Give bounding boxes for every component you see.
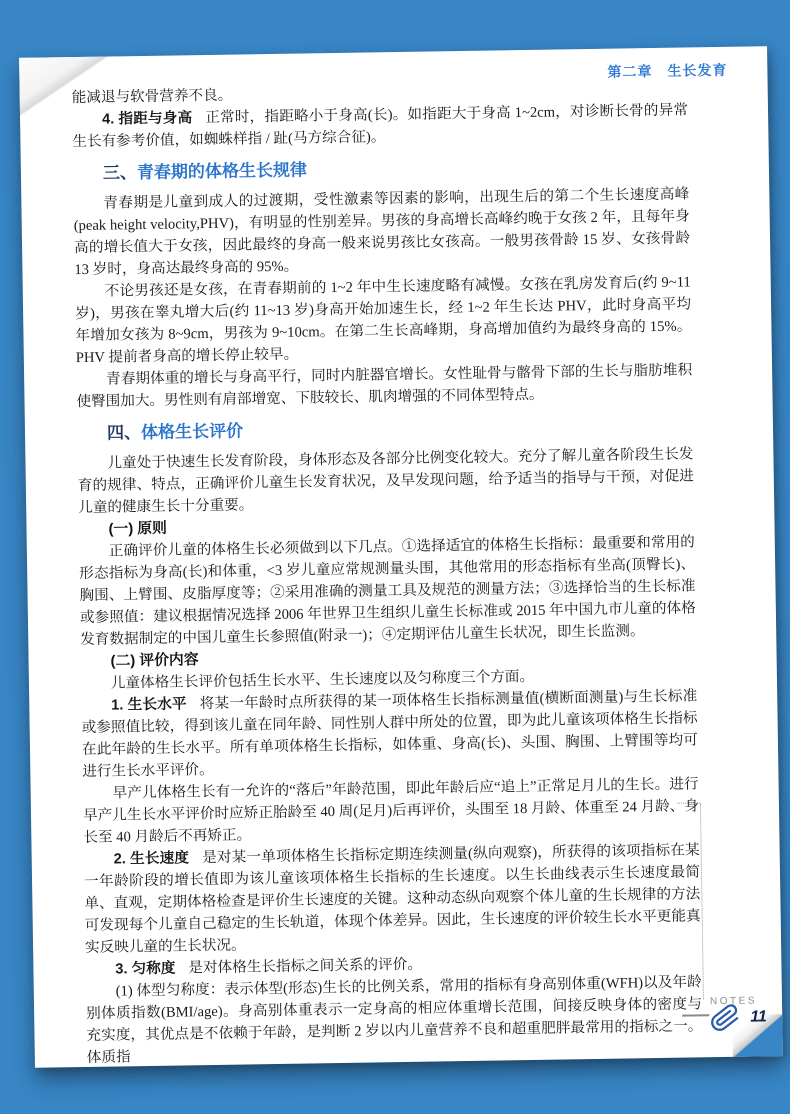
book-page: 第二章 生长发育 能减退与软骨营养不良。 4. 指距与身高正常时，指距略小于身高… bbox=[19, 46, 783, 1068]
paragraph-lead: 3. 匀称度 bbox=[115, 961, 175, 978]
section-title: 青春期的体格生长规律 bbox=[137, 160, 307, 182]
paragraph: 不论男孩还是女孩，在青春期前的 1~2 年中生长速度略有减慢。女孩在乳房发育后(… bbox=[75, 271, 692, 369]
section-heading: 三、青春期的体格生长规律 bbox=[103, 153, 689, 184]
paperclip-icon bbox=[709, 1001, 742, 1034]
paragraph: 青春期是儿童到成人的过渡期，受性激素等因素的影响，出现生后的第二个生长速度高峰(… bbox=[73, 183, 690, 281]
section-heading: 四、体格生长评价 bbox=[107, 413, 693, 444]
paragraph: (1) 体型匀称度：表示体型(形态)生长的比例关系，常用的指标有身高别体重(WF… bbox=[86, 971, 703, 1069]
paragraph: 儿童处于快速生长发育阶段，身体形态及各部分比例变化较大。充分了解儿童各阶段生长发… bbox=[77, 443, 694, 519]
section-number: 四、 bbox=[107, 423, 141, 443]
section-title: 体格生长评价 bbox=[141, 421, 243, 442]
paragraph-lead: 4. 指距与身高 bbox=[102, 110, 193, 127]
paragraph: 2. 生长速度是对某一单项体格生长指标定期连续测量(纵向观察)，所获得的该项指标… bbox=[84, 839, 702, 959]
notes-underline bbox=[682, 1014, 709, 1016]
paragraph: 4. 指距与身高正常时，指距略小于身高(长)。如指距大于身高 1~2cm，对诊断… bbox=[72, 99, 689, 153]
paragraph: 早产儿体格生长有一允许的“落后”年龄范围，即此年龄后应“追上”正常足月儿的生长。… bbox=[83, 773, 700, 849]
book-photo-background: { "colors": { "background_blue": "#3886c… bbox=[0, 0, 790, 1114]
paragraph: 正确评价儿童的体格生长必须做到以下几点。①选择适宜的体格生长指标：最重要和常用的… bbox=[79, 531, 697, 651]
paragraph: 青春期体重的增长与身高平行，同时内脏器官增长。女性耻骨与髂骨下部的生长与脂肪堆积… bbox=[76, 359, 693, 413]
page-body-text: 能减退与软骨营养不良。 4. 指距与身高正常时，指距略小于身高(长)。如指距大于… bbox=[72, 77, 703, 1069]
paragraph: 1. 生长水平将某一年龄时点所获得的某一项体格生长指标测量值(横断面测量)与生长… bbox=[81, 685, 698, 783]
paragraph-text: 是对体格生长指标之间关系的评价。 bbox=[188, 957, 422, 977]
section-number: 三、 bbox=[103, 163, 137, 183]
paragraph-lead: 1. 生长水平 bbox=[111, 696, 187, 713]
page-number: 11 bbox=[750, 1008, 767, 1026]
paragraph-lead: 2. 生长速度 bbox=[114, 850, 190, 867]
